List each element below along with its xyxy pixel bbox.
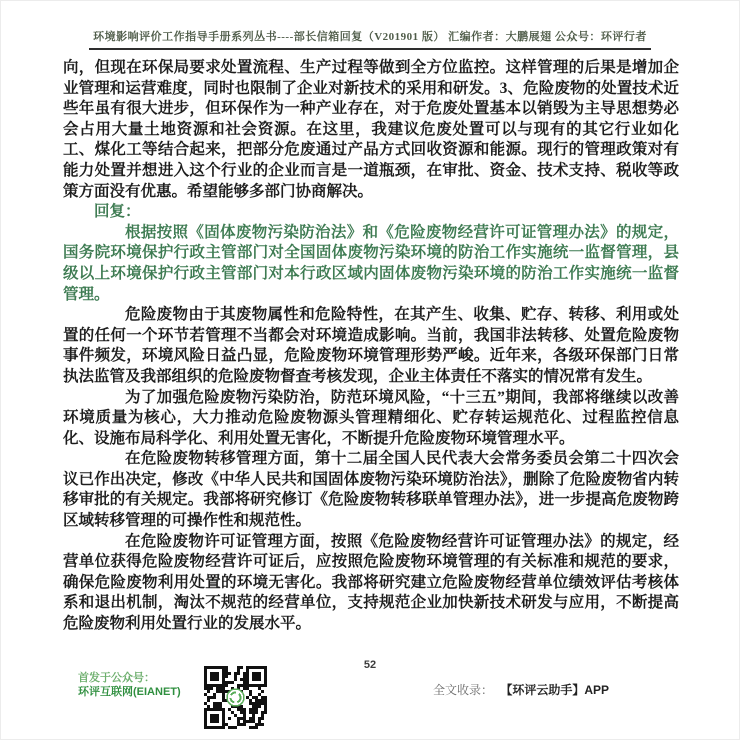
qr-code-icon	[204, 666, 267, 729]
paragraph-question-continuation: 向，但现在环保局要求处置流程、生产过程等做到全方位监控。这样管理的后果是增加企业…	[63, 58, 679, 202]
footer-app-name: 【环评云助手】APP	[500, 683, 609, 697]
document-body: 向，但现在环保局要求处置流程、生产过程等做到全方位监控。这样管理的后果是增加企业…	[63, 58, 679, 635]
footer-collection: 全文收录： 【环评云助手】APP	[433, 681, 609, 698]
paragraph-permit-management: 在危险废物许可证管理方面，按照《危险废物经营许可证管理办法》的规定，经营单位获得…	[63, 532, 679, 635]
footer-publisher-name: 环评互联网(EIANET)	[78, 686, 181, 700]
footer-publisher-label: 首发于公众号：	[78, 672, 181, 686]
paragraph-13th-fiveyear-plan: 为了加强危险废物污染防治，防范环境风险，“十三五”期间，我部将继续以改善环境质量…	[63, 388, 679, 450]
paragraph-reply-regulation: 根据按照《固体废物污染防治法》和《危险废物经营许可证管理办法》的规定，国务院环境…	[63, 223, 679, 305]
paragraph-reply-label: 回复：	[63, 202, 679, 223]
document-page: { "header": { "title": "环境影响评价工作指导手册系列丛书…	[0, 0, 740, 740]
page-header: 环境影响评价工作指导手册系列丛书----部长信箱回复（V201901 版） 汇编…	[0, 27, 740, 50]
header-title: 环境影响评价工作指导手册系列丛书----部长信箱回复（V201901 版） 汇编…	[93, 31, 647, 43]
footer-publisher: 首发于公众号： 环评互联网(EIANET)	[78, 672, 181, 699]
paragraph-transfer-management: 在危险废物转移管理方面，第十二届全国人民代表大会常务委员会第二十四次会议已作出决…	[63, 449, 679, 531]
paragraph-hazwaste-risk: 危险废物由于其废物属性和危险特性，在其产生、收集、贮存、转移、利用或处置的任何一…	[63, 305, 679, 387]
page-number: 52	[0, 659, 740, 671]
header-rule: 环境影响评价工作指导手册系列丛书----部长信箱回复（V201901 版） 汇编…	[89, 27, 651, 50]
footer-collection-label: 全文收录：	[433, 683, 493, 697]
